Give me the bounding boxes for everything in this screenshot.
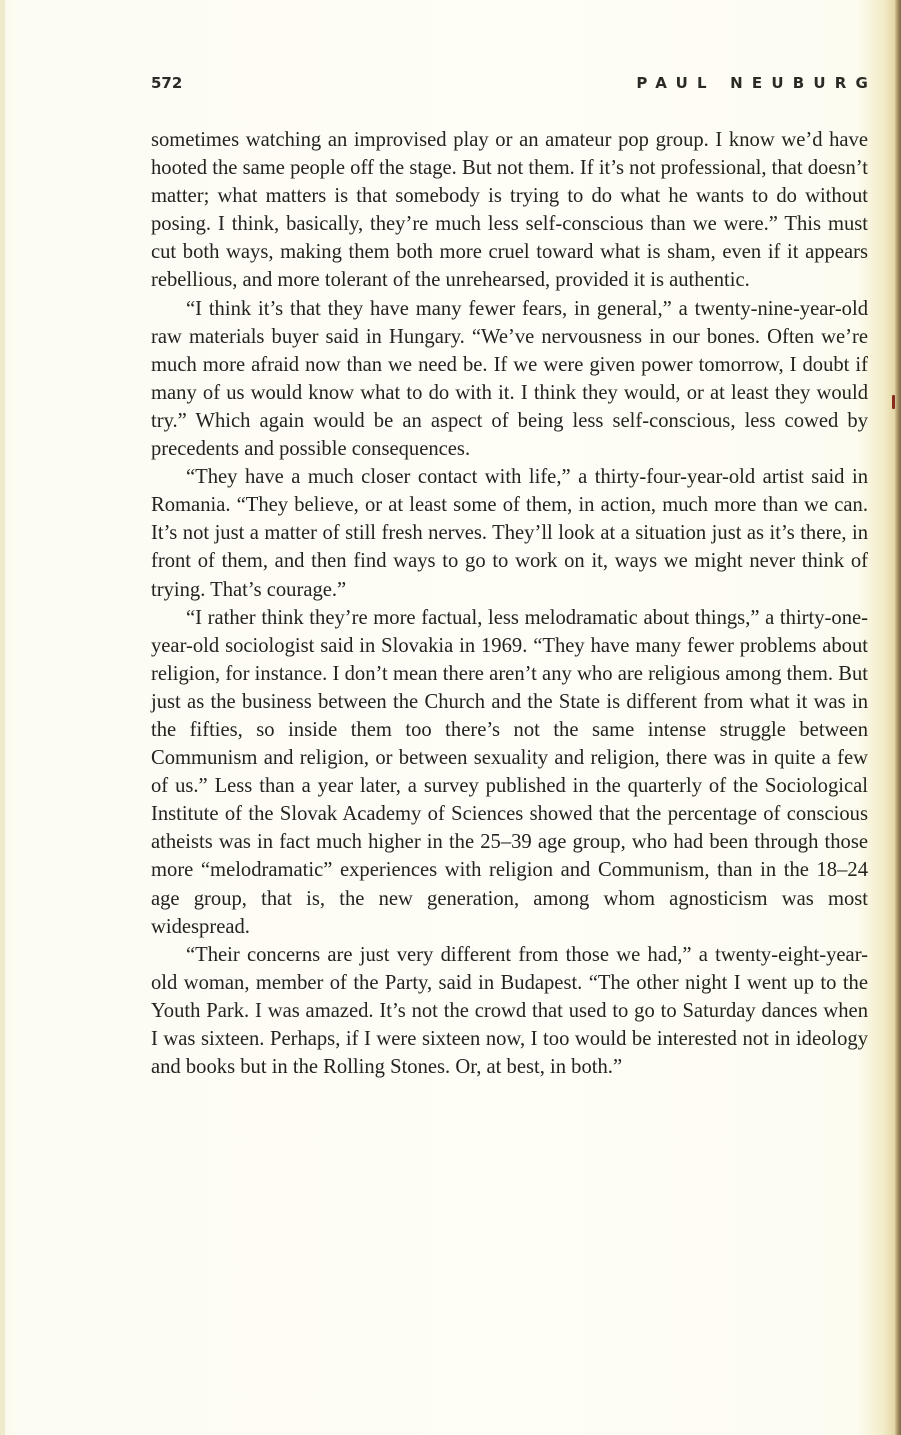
page-left-edge bbox=[0, 0, 5, 1435]
book-page: 572 PAUL NEUBURG sometimes watching an i… bbox=[0, 0, 901, 1435]
running-head: 572 PAUL NEUBURG bbox=[151, 74, 868, 98]
paragraph: sometimes watching an improvised play or… bbox=[151, 126, 868, 295]
author-name: PAUL NEUBURG bbox=[636, 74, 877, 92]
page-edge-mark bbox=[892, 395, 895, 409]
body-text: sometimes watching an improvised play or… bbox=[151, 126, 868, 1081]
page-number: 572 bbox=[151, 74, 182, 92]
paragraph: “I rather think they’re more factual, le… bbox=[151, 604, 868, 941]
paragraph: “They have a much closer contact with li… bbox=[151, 463, 868, 603]
paragraph: “I think it’s that they have many fewer … bbox=[151, 295, 868, 464]
paragraph: “Their concerns are just very different … bbox=[151, 941, 868, 1081]
page-right-edge bbox=[894, 0, 901, 1435]
